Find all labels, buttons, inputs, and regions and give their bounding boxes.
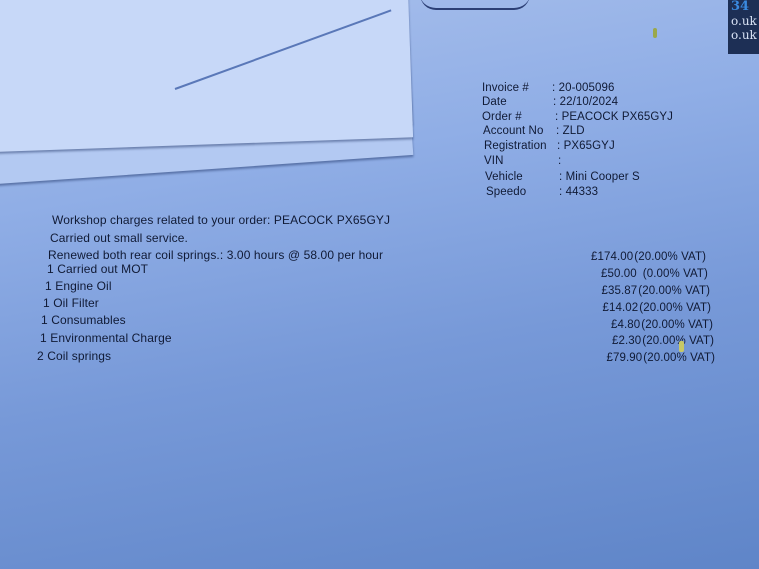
edge-label-line-2: o.uk (731, 14, 759, 28)
charge-vat: (20.00% VAT) (641, 319, 713, 331)
charge-amount: £14.02 (603, 302, 639, 314)
line-item: 1 Consumables (41, 313, 126, 327)
line-item-charge: £14.02(20.00% VAT) (603, 302, 712, 314)
date-value: : 22/10/2024 (553, 96, 618, 108)
invoice-photo: 34 o.uk o.uk Invoice # : 20-005096 Date … (0, 0, 759, 569)
vin-value: : (558, 155, 561, 167)
charge-amount: £174.00 (591, 251, 633, 263)
edge-label-line-1: 34 (731, 0, 759, 14)
line-item-description: Consumables (51, 313, 125, 327)
charge-amount: £4.80 (611, 319, 640, 331)
line-item: 2 Coil springs (37, 349, 111, 363)
line-item-charge: £35.87(20.00% VAT) (602, 285, 711, 297)
charge-amount: £35.87 (602, 285, 638, 297)
charge-vat: (20.00% VAT) (643, 352, 715, 364)
line-item: 1 Environmental Charge (40, 331, 172, 345)
vehicle-label: Vehicle (485, 171, 523, 183)
line-item-qty: 1 (41, 313, 48, 327)
edge-label-line-3: o.uk (731, 28, 759, 42)
line-item-description: Oil Filter (53, 296, 99, 310)
speedo-value: : 44333 (559, 186, 598, 198)
order-number-label: Order # (482, 111, 522, 123)
line-item-qty: 1 (47, 262, 54, 276)
speedo-label: Speedo (486, 186, 526, 198)
charge-amount: £2.30 (612, 335, 641, 347)
charge-vat: (0.00% VAT) (643, 268, 708, 280)
line-item-qty: 1 (40, 331, 47, 345)
account-number-label: Account No (483, 125, 543, 137)
line-item-charge: £4.80(20.00% VAT) (611, 319, 713, 331)
vehicle-value: : Mini Cooper S (559, 171, 640, 183)
line-item: 1 Carried out MOT (47, 262, 148, 276)
line-item-description: Carried out MOT (57, 262, 148, 276)
handwriting-mark (420, 0, 530, 10)
line-item-description: Coil springs (47, 349, 111, 363)
highlighter-mark (679, 341, 684, 352)
service-note: Carried out small service. (50, 231, 188, 245)
highlighter-mark (653, 28, 657, 38)
charge-amount: £50.00 (601, 268, 637, 280)
charge-amount: £79.90 (607, 352, 643, 364)
line-item: 1 Engine Oil (45, 279, 112, 293)
date-label: Date (482, 96, 507, 108)
registration-label: Registration (484, 140, 547, 152)
line-item-charge: £79.90(20.00% VAT) (607, 352, 716, 364)
vin-label: VIN (484, 155, 503, 167)
workshop-charges-heading: Workshop charges related to your order: … (52, 213, 390, 227)
line-item-qty: 1 (43, 296, 50, 310)
charge-vat: (20.00% VAT) (638, 285, 710, 297)
line-item-charge: £2.30(20.00% VAT) (612, 335, 714, 347)
account-number-value: : ZLD (556, 125, 585, 137)
invoice-number-label: Invoice # (482, 82, 529, 94)
line-item-qty: 2 (37, 349, 44, 363)
registration-value: : PX65GYJ (557, 140, 615, 152)
edge-label: 34 o.uk o.uk (728, 0, 759, 54)
charge-vat: (20.00% VAT) (639, 302, 711, 314)
charge-vat: (20.00% VAT) (634, 251, 706, 263)
line-item-description: Environmental Charge (50, 331, 171, 345)
order-number-value: : PEACOCK PX65GYJ (555, 111, 673, 123)
line-item-charge: £174.00(20.00% VAT) (591, 251, 706, 263)
line-item-description: Engine Oil (55, 279, 111, 293)
invoice-number-value: : 20-005096 (552, 82, 615, 94)
line-item-qty: 1 (45, 279, 52, 293)
line-item: 1 Oil Filter (43, 296, 99, 310)
labour-note: Renewed both rear coil springs.: 3.00 ho… (48, 248, 383, 262)
line-item-charge: £50.00 (0.00% VAT) (601, 268, 708, 280)
